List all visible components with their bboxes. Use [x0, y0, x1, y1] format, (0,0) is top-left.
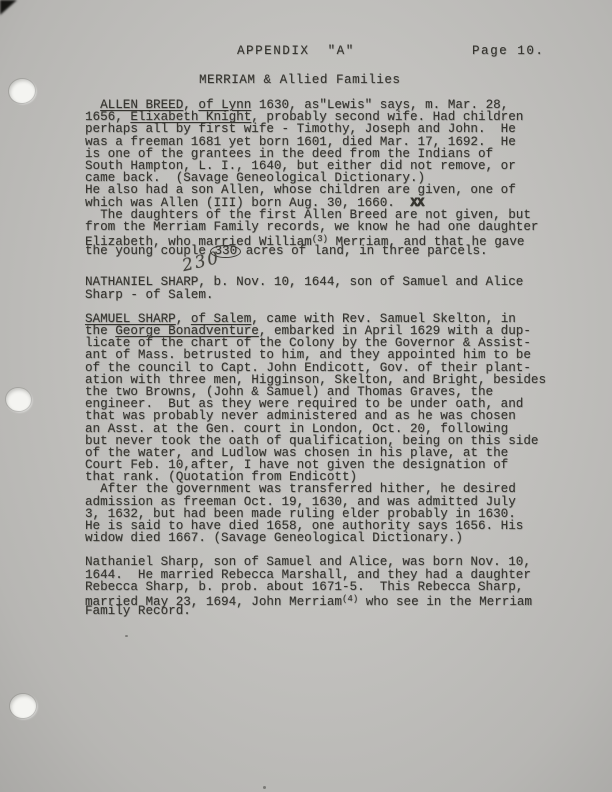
paragraph: Nathaniel Sharp, son of Samuel and Alice… — [85, 556, 563, 617]
paragraph: NATHANIEL SHARP, b. Nov. 10, 1644, son o… — [85, 276, 563, 300]
text-line: Rebecca Sharp, b. prob. about 1671-5. Th… — [85, 581, 563, 593]
header-page-number: Page 10. — [472, 44, 544, 58]
text-line: widow died 1667. (Savage Geneological Di… — [85, 532, 563, 544]
scan-corner-artifact — [0, 0, 17, 15]
paper-speck — [263, 786, 266, 789]
text-line: Sharp - of Salem. — [85, 289, 563, 301]
punch-hole — [9, 693, 37, 719]
document-title: MERRIAM & Allied Families — [199, 73, 400, 87]
text-line: from the Merriam Family records, we know… — [85, 221, 563, 233]
header-appendix-label: APPENDIX "A" — [237, 44, 355, 58]
paragraph: ALLEN BREED, of Lynn 1630, as"Lewis" say… — [85, 99, 563, 257]
paragraph: SAMUEL SHARP, of Salem, came with Rev. S… — [85, 313, 563, 545]
document-body: ALLEN BREED, of Lynn 1630, as"Lewis" say… — [85, 99, 563, 617]
document-page: APPENDIX "A" Page 10. MERRIAM & Allied F… — [0, 0, 612, 792]
punch-hole — [5, 387, 32, 412]
paper-speck — [125, 635, 128, 637]
punch-hole — [7, 77, 36, 104]
